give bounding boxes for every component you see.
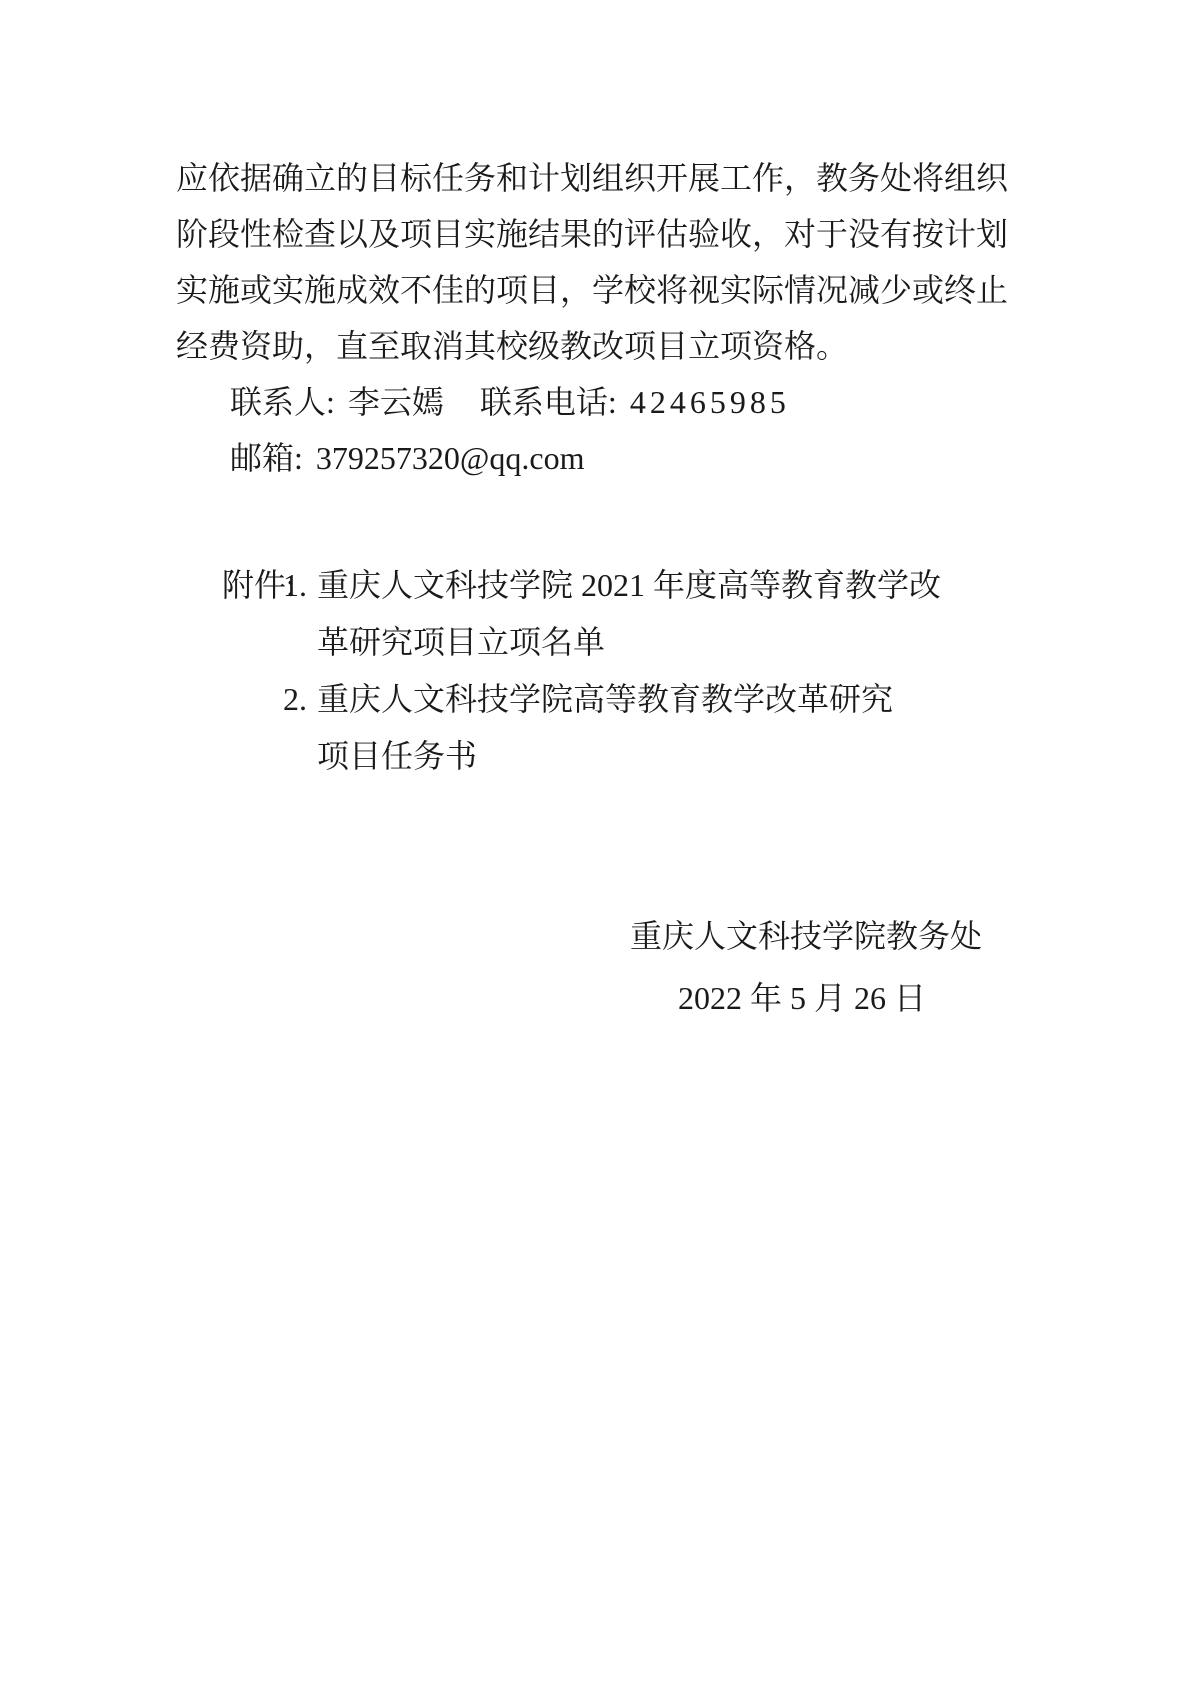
- paragraph-line: 实施或实施成效不佳的项目，学校将视实际情况减少或终止: [176, 262, 1008, 318]
- signature-organization: 重庆人文科技学院教务处: [176, 908, 1012, 964]
- closing-paragraph: 应依据确立的目标任务和计划组织开展工作，教务处将组织 阶段性检查以及项目实施结果…: [176, 150, 1012, 374]
- document-page: 应依据确立的目标任务和计划组织开展工作，教务处将组织 阶段性检查以及项目实施结果…: [0, 0, 1191, 1684]
- attachment-2-line-1: 2. 重庆人文科技学院高等教育教学改革研究: [176, 671, 1012, 728]
- attachment-2-line-2: 项目任务书: [176, 728, 1012, 785]
- attachment-1-title-part-1: 重庆人文科技学院 2021 年度高等教育教学改: [317, 567, 941, 603]
- attachment-1-number: 1.: [283, 557, 307, 614]
- attachments-section: 附件: 1. 重庆人文科技学院 2021 年度高等教育教学改 革研究项目立项名单…: [176, 557, 1012, 785]
- attachment-2-title-part-1: 重庆人文科技学院高等教育教学改革研究: [317, 681, 893, 717]
- contact-email-line: 邮箱:379257320@qq.com: [176, 430, 1012, 486]
- paragraph-line: 经费资助，直至取消其校级教改项目立项资格。: [176, 318, 1008, 374]
- contact-info-line: 联系人:李云嫣联系电话:42465985: [176, 374, 1012, 430]
- document-content: 应依据确立的目标任务和计划组织开展工作，教务处将组织 阶段性检查以及项目实施结果…: [176, 150, 1012, 1026]
- contact-person-name: 李云嫣: [348, 384, 444, 420]
- email-address: 379257320@qq.com: [316, 440, 585, 476]
- attachment-2-title-part-2: 项目任务书: [317, 738, 477, 774]
- contact-phone-number: 42465985: [630, 384, 790, 420]
- contact-person-label: 联系人:: [230, 384, 335, 420]
- contact-phone-label: 联系电话:: [480, 384, 617, 420]
- attachment-1-title-part-2: 革研究项目立项名单: [317, 624, 605, 660]
- signature-date: 2022 年 5 月 26 日: [176, 970, 1012, 1026]
- attachment-1-line-1: 附件: 1. 重庆人文科技学院 2021 年度高等教育教学改: [176, 557, 1012, 614]
- attachment-1-line-2: 革研究项目立项名单: [176, 614, 1012, 671]
- email-label: 邮箱:: [230, 440, 303, 476]
- paragraph-line: 阶段性检查以及项目实施结果的评估验收，对于没有按计划: [176, 206, 1008, 262]
- attachment-2-number: 2.: [283, 671, 307, 728]
- paragraph-line: 应依据确立的目标任务和计划组织开展工作，教务处将组织: [176, 150, 1008, 206]
